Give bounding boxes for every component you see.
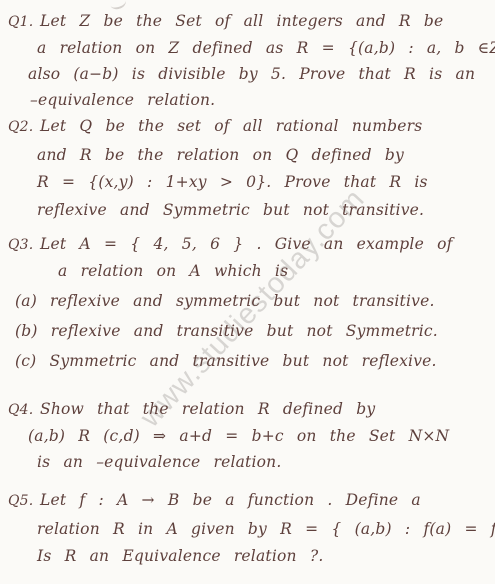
question-number: Q5. bbox=[8, 488, 35, 516]
question-line: Q2.Let Q be the set of all rational numb… bbox=[0, 113, 495, 142]
question-text: Show that the relation R defined by bbox=[40, 400, 375, 418]
question-line: relation R in A given by R = { (a,b) : f… bbox=[0, 516, 495, 544]
question-option-a: (a) reflexive and symmetric but not tran… bbox=[0, 288, 495, 314]
question-option-b: (b) reflexive and transitive but not Sym… bbox=[0, 318, 495, 344]
question-line: a relation on Z defined as R = {(a,b) : … bbox=[0, 35, 495, 61]
question-line: Q5.Let f : A → B be a function . Define … bbox=[0, 487, 495, 516]
question-line: Q4.Show that the relation R defined by bbox=[0, 396, 495, 423]
question-line: Is R an Equivalence relation ?. bbox=[0, 543, 495, 571]
question-2: Q2.Let Q be the set of all rational numb… bbox=[0, 113, 495, 224]
question-text: Let Q be the set of all rational numbers bbox=[40, 117, 422, 135]
question-number: Q4. bbox=[8, 397, 35, 423]
question-3: Q3.Let A = { 4, 5, 6 } . Give an example… bbox=[0, 231, 495, 374]
question-line: Q1.Let Z be the Set of all integers and … bbox=[0, 8, 495, 35]
handwritten-worksheet-page: www.studiestoday.com Q1.Let Z be the Set… bbox=[0, 0, 495, 584]
question-1: Q1.Let Z be the Set of all integers and … bbox=[0, 8, 495, 113]
question-number: Q3. bbox=[8, 232, 35, 258]
question-line: and R be the relation on Q defined by bbox=[0, 142, 495, 170]
question-line: is an –equivalence relation. bbox=[0, 449, 495, 475]
question-text: Let A = { 4, 5, 6 } . Give an example of bbox=[40, 235, 453, 253]
question-number: Q1. bbox=[8, 9, 35, 35]
question-4: Q4.Show that the relation R defined by (… bbox=[0, 396, 495, 475]
question-line: –equivalence relation. bbox=[0, 87, 495, 113]
question-5: Q5.Let f : A → B be a function . Define … bbox=[0, 487, 495, 571]
question-line: R = {(x,y) : 1+xy > 0}. Prove that R is bbox=[0, 169, 495, 197]
question-line: reflexive and Symmetric but not transiti… bbox=[0, 197, 495, 225]
question-line: (a,b) R (c,d) ⇒ a+d = b+c on the Set N×N bbox=[0, 423, 495, 449]
question-text: Let Z be the Set of all integers and R b… bbox=[40, 12, 443, 30]
question-option-c: (c) Symmetric and transitive but not ref… bbox=[0, 348, 495, 374]
question-line: a relation on A which is bbox=[0, 258, 495, 284]
question-line: Q3.Let A = { 4, 5, 6 } . Give an example… bbox=[0, 231, 495, 258]
question-line: also (a−b) is divisible by 5. Prove that… bbox=[0, 61, 495, 87]
question-text: Let f : A → B be a function . Define a bbox=[40, 491, 421, 509]
question-number: Q2. bbox=[8, 114, 35, 142]
